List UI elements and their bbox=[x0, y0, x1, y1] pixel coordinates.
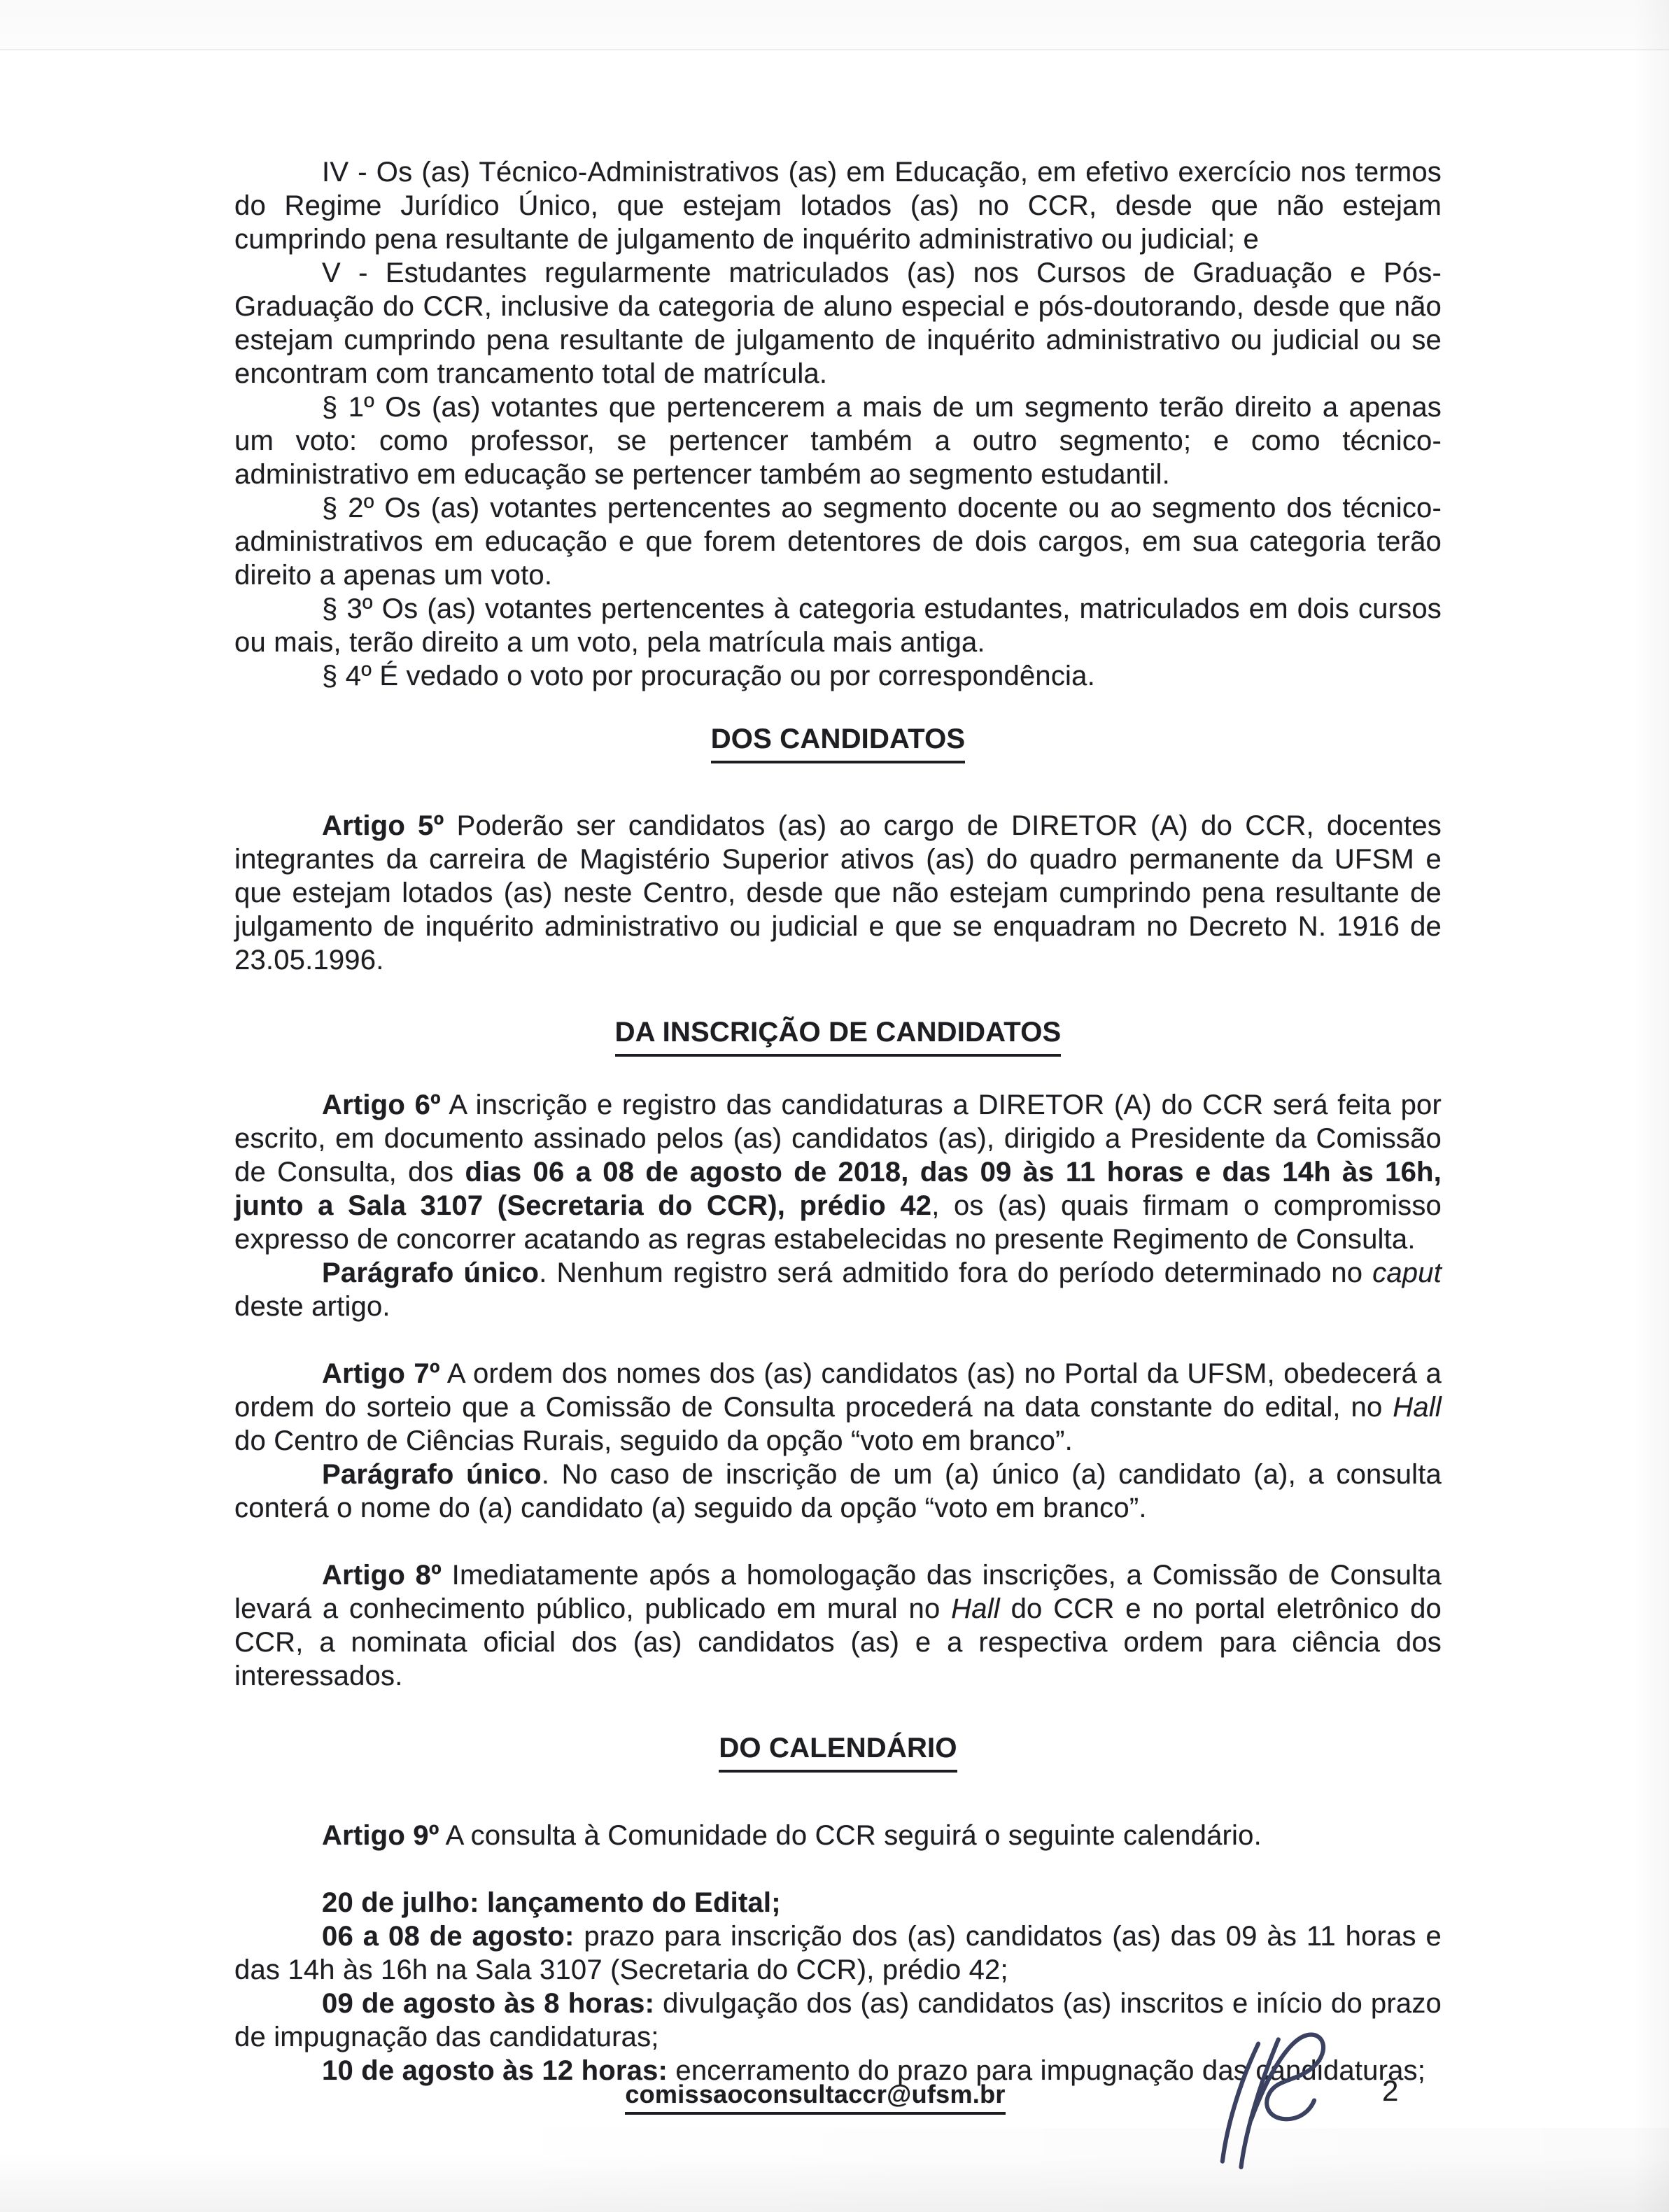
heading-da-inscricao-de-candidatos: DA INSCRIÇÃO DE CANDIDATOS bbox=[234, 1015, 1442, 1057]
document-body: IV - Os (as) Técnico-Administrativos (as… bbox=[234, 155, 1442, 2087]
scan-artifact-top-band bbox=[0, 0, 1669, 50]
para-item-v: V - Estudantes regularmente matriculados… bbox=[234, 256, 1442, 390]
page-number: 2 bbox=[1382, 2074, 1398, 2108]
para-paragrafo-4: § 4º É vedado o voto por procuração ou p… bbox=[234, 659, 1442, 693]
para-artigo-8: Artigo 8º Imediatamente após a homologaç… bbox=[234, 1558, 1442, 1693]
para-paragrafo-3: § 3º Os (as) votantes pertencentes à cat… bbox=[234, 592, 1442, 659]
para-artigo-6-paragrafo-unico: Parágrafo único. Nenhum registro será ad… bbox=[234, 1256, 1442, 1323]
para-artigo-6: Artigo 6º A inscrição e registro das can… bbox=[234, 1088, 1442, 1256]
para-paragrafo-2: § 2º Os (as) votantes pertencentes ao se… bbox=[234, 491, 1442, 592]
para-artigo-9: Artigo 9º A consulta à Comunidade do CCR… bbox=[234, 1819, 1442, 1852]
scanned-document-page: IV - Os (as) Técnico-Administrativos (as… bbox=[0, 0, 1669, 2212]
para-artigo-5: Artigo 5º Poderão ser candidatos (as) ao… bbox=[234, 809, 1442, 977]
para-calendario-20-julho: 20 de julho: lançamento do Edital; bbox=[234, 1886, 1442, 1919]
scan-artifact-bottom-shade bbox=[0, 2128, 1669, 2212]
para-item-iv: IV - Os (as) Técnico-Administrativos (as… bbox=[234, 155, 1442, 256]
para-calendario-06-08-agosto: 06 a 08 de agosto: prazo para inscrição … bbox=[234, 1919, 1442, 1987]
para-artigo-7: Artigo 7º A ordem dos nomes dos (as) can… bbox=[234, 1357, 1442, 1458]
heading-do-calendario-text: DO CALENDÁRIO bbox=[719, 1731, 957, 1773]
heading-dos-candidatos-text: DOS CANDIDATOS bbox=[711, 722, 966, 763]
para-paragrafo-1: § 1º Os (as) votantes que pertencerem a … bbox=[234, 390, 1442, 491]
heading-da-inscricao-de-candidatos-text: DA INSCRIÇÃO DE CANDIDATOS bbox=[615, 1015, 1062, 1057]
scan-artifact-right-edge bbox=[1633, 0, 1669, 2212]
para-artigo-7-paragrafo-unico: Parágrafo único. No caso de inscrição de… bbox=[234, 1458, 1442, 1525]
footer-email: comissaoconsultaccr@ufsm.br bbox=[625, 2080, 1005, 2115]
heading-dos-candidatos: DOS CANDIDATOS bbox=[234, 722, 1442, 763]
heading-do-calendario: DO CALENDÁRIO bbox=[234, 1731, 1442, 1773]
